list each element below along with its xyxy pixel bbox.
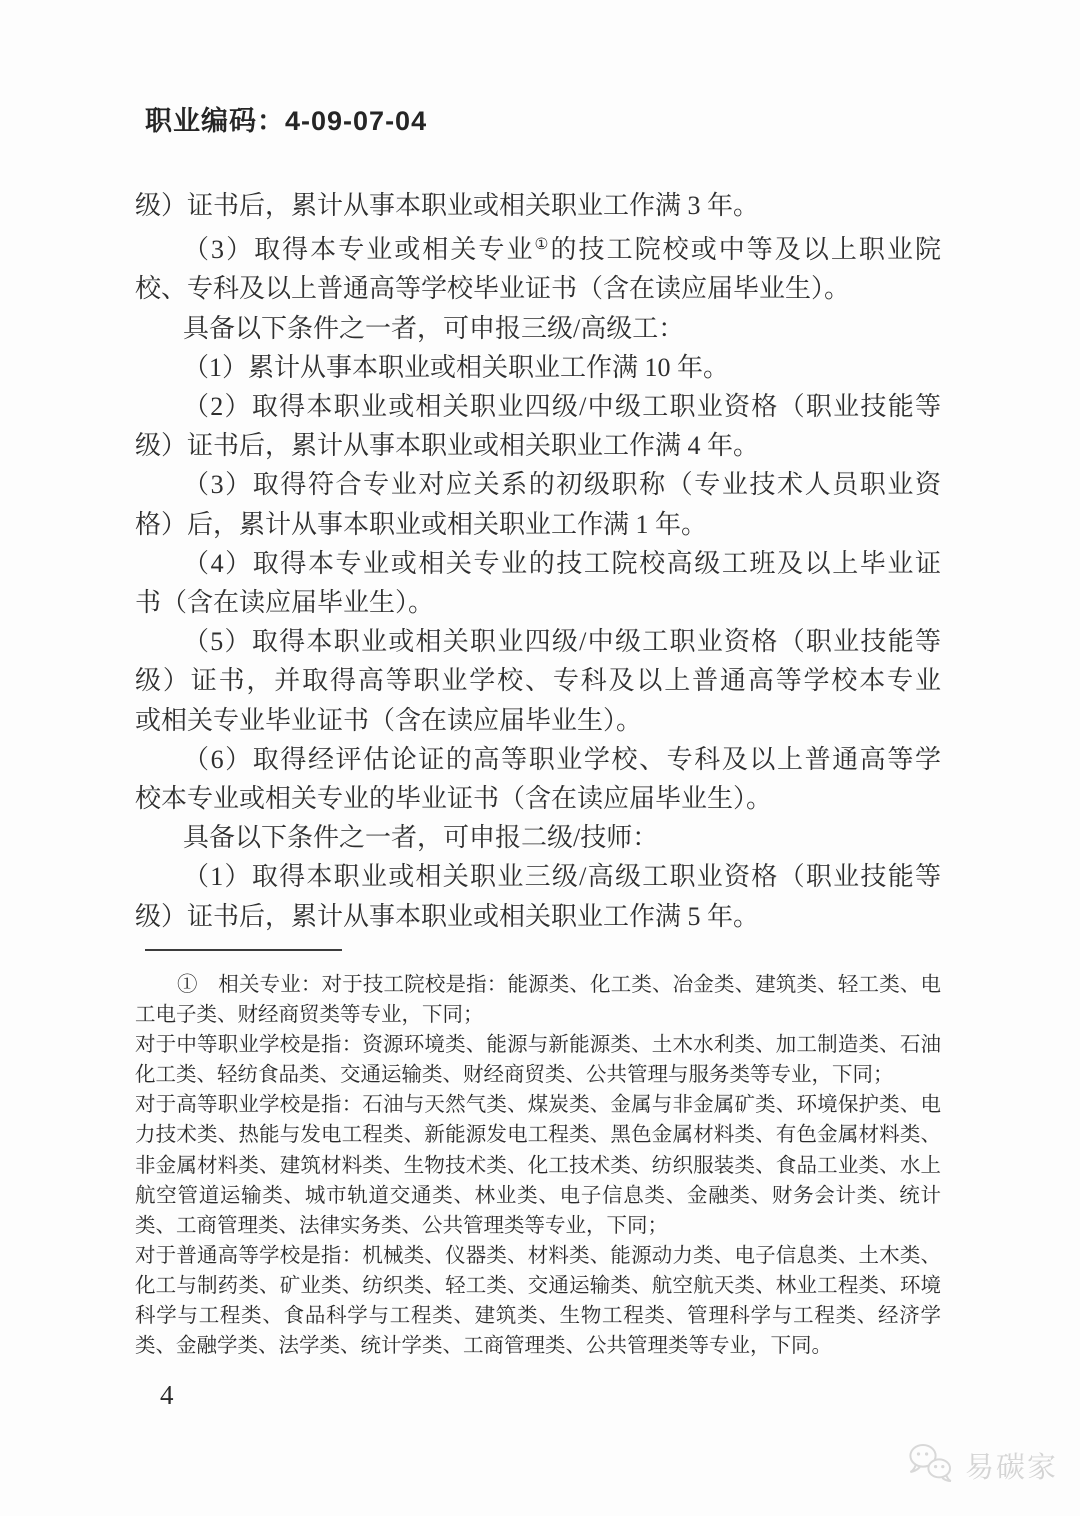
body-line: （3）取得符合专业对应关系的初级职称（专业技术人员职业资 (135, 465, 941, 504)
body-line: 级）证书后，累计从事本职业或相关职业工作满 5 年。 (135, 897, 941, 936)
body-line: 书（含在读应届毕业生）。 (135, 583, 941, 622)
body-line: 校、专科及以上普通高等学校毕业证书（含在读应届毕业生）。 (135, 269, 941, 308)
body-line: 格）后，累计从事本职业或相关职业工作满 1 年。 (135, 505, 941, 544)
page-number: 4 (160, 1380, 174, 1411)
footnote-line: 化工类、轻纺食品类、交通运输类、财经商贸类、公共管理与服务类等专业，下同； (135, 1060, 941, 1090)
footnote-line: 工电子类、财经商贸类等专业，下同； (135, 1000, 941, 1030)
body-line: （1）取得本职业或相关职业三级/高级工职业资格（职业技能等 (135, 857, 941, 896)
body-line: （1）累计从事本职业或相关职业工作满 10 年。 (135, 348, 941, 387)
body-text: 级）证书后，累计从事本职业或相关职业工作满 3 年。（3）取得本专业或相关专业①… (135, 186, 941, 936)
body-line: 级）证书后，累计从事本职业或相关职业工作满 3 年。 (135, 186, 941, 225)
body-line: （5）取得本职业或相关职业四级/中级工职业资格（职业技能等 (135, 622, 941, 661)
wechat-icon (905, 1441, 959, 1490)
body-line: （6）取得经评估论证的高等职业学校、专科及以上普通高等学 (135, 740, 941, 779)
footnote-line: 对于普通高等学校是指：机械类、仪器类、材料类、能源动力类、电子信息类、土木类、 (135, 1241, 941, 1271)
body-line: 具备以下条件之一者，可申报三级/高级工： (135, 309, 941, 348)
body-line: 级）证书后，累计从事本职业或相关职业工作满 4 年。 (135, 426, 941, 465)
footnote-reference-mark: ① (534, 236, 550, 253)
footnote-text: ① 相关专业：对于技工院校是指：能源类、化工类、冶金类、建筑类、轻工类、电工电子… (135, 970, 941, 1361)
footnote-line: 化工与制药类、矿业类、纺织类、轻工类、交通运输类、航空航天类、林业工程类、环境 (135, 1271, 941, 1301)
footnote-line: 力技术类、热能与发电工程类、新能源发电工程类、黑色金属材料类、有色金属材料类、 (135, 1120, 941, 1150)
occupation-code-header: 职业编码：4-09-07-04 (145, 99, 427, 138)
body-line: （4）取得本专业或相关专业的技工院校高级工班及以上毕业证 (135, 544, 941, 583)
document-page: 职业编码：4-09-07-04 级）证书后，累计从事本职业或相关职业工作满 3 … (0, 0, 1080, 1516)
watermark-text: 易碳家 (965, 1445, 1058, 1486)
footnote-line: 非金属材料类、建筑材料类、生物技术类、化工技术类、纺织服装类、食品工业类、水上 (135, 1151, 941, 1181)
footnote-line: 类、工商管理类、法律实务类、公共管理类等专业，下同； (135, 1211, 941, 1241)
footnote-separator-rule (145, 949, 342, 951)
body-line: 级）证书，并取得高等职业学校、专科及以上普通高等学校本专业 (135, 661, 941, 700)
body-line: （2）取得本职业或相关职业四级/中级工职业资格（职业技能等 (135, 387, 941, 426)
line-text: （3）取得本专业或相关专业 (183, 235, 534, 264)
footnote-line: ① 相关专业：对于技工院校是指：能源类、化工类、冶金类、建筑类、轻工类、电 (135, 970, 941, 1000)
body-line: 具备以下条件之一者，可申报二级/技师： (135, 818, 941, 857)
body-line: 校本专业或相关专业的毕业证书（含在读应届毕业生）。 (135, 779, 941, 818)
line-text: 的技工院校或中等及以上职业院 (551, 235, 941, 264)
body-line: （3）取得本专业或相关专业①的技工院校或中等及以上职业院 (135, 225, 941, 269)
footnote-line: 类、金融学类、法学类、统计学类、工商管理类、公共管理类等专业，下同。 (135, 1331, 941, 1361)
watermark: 易碳家 (905, 1441, 1058, 1490)
footnote-line: 航空管道运输类、城市轨道交通类、林业类、电子信息类、金融类、财务会计类、统计 (135, 1181, 941, 1211)
footnote-line: 对于中等职业学校是指：资源环境类、能源与新能源类、土木水利类、加工制造类、石油 (135, 1030, 941, 1060)
body-line: 或相关专业毕业证书（含在读应届毕业生）。 (135, 701, 941, 740)
footnote-line: 科学与工程类、食品科学与工程类、建筑类、生物工程类、管理科学与工程类、经济学 (135, 1301, 941, 1331)
footnote-line: 对于高等职业学校是指：石油与天然气类、煤炭类、金属与非金属矿类、环境保护类、电 (135, 1090, 941, 1120)
